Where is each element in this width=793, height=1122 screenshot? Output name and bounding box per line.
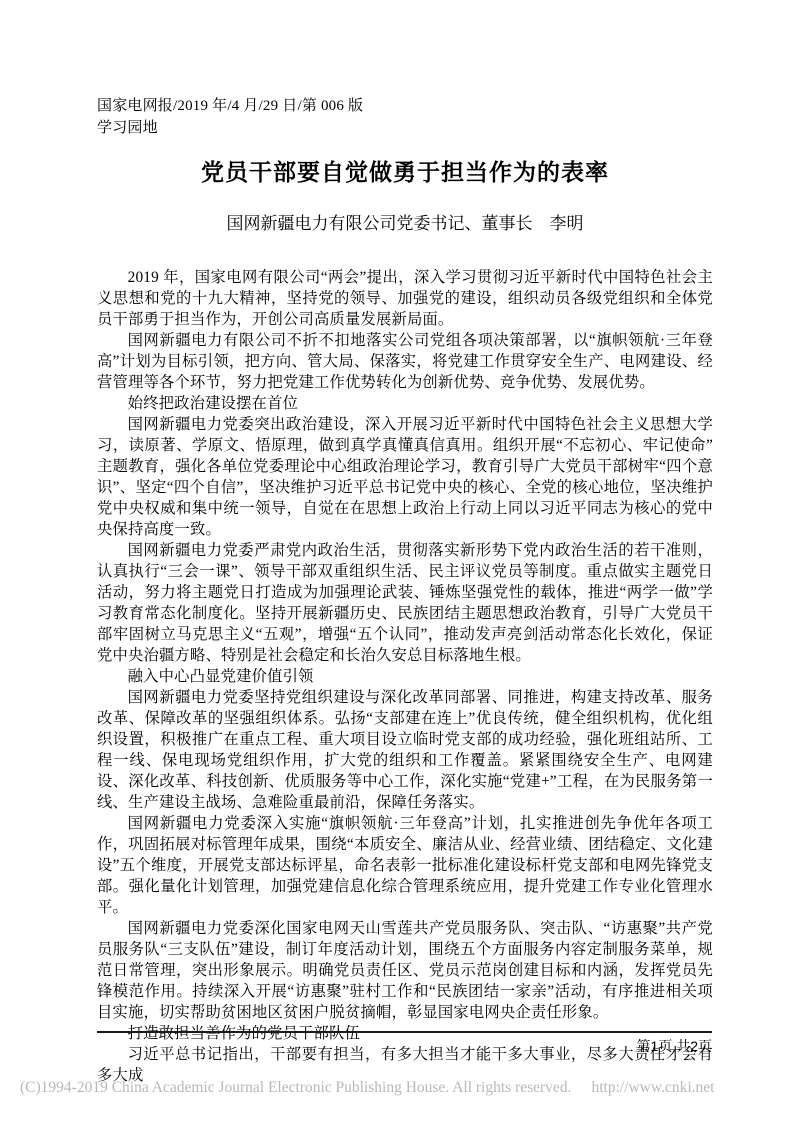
copyright-line: (C)1994-2019 China Academic Journal Elec…: [20, 1078, 780, 1098]
paragraph: 国网新疆电力党委坚持党组织建设与深化改革同部署、同推进，构建支持改革、服务改革、…: [97, 687, 713, 813]
document-page: 国家电网报/2019 年/4 月/29 日/第 006 版 学习园地 党员干部要…: [0, 0, 793, 1122]
page-indicator: 第1页 共2页: [637, 1037, 712, 1055]
paragraph: 国网新疆电力党委深化国家电网天山雪莲共产党员服务队、突击队、“访惠聚”共产党员服…: [97, 918, 713, 1023]
copyright-notice: (C)1994-2019 China Academic Journal Elec…: [20, 1079, 571, 1096]
paragraph: 2019 年，国家电网有限公司“两会”提出，深入学习贯彻习近平新时代中国特色社会…: [97, 267, 713, 330]
section-name: 学习园地: [97, 117, 713, 139]
article-content: 国家电网报/2019 年/4 月/29 日/第 006 版 学习园地 党员干部要…: [97, 95, 713, 1086]
section-heading: 打造敢担当善作为的党员干部队伍: [97, 1023, 713, 1044]
article-byline: 国网新疆电力有限公司党委书记、董事长 李明: [97, 212, 713, 235]
footer-divider: [97, 1031, 712, 1033]
article-title: 党员干部要自觉做勇于担当作为的表率: [97, 157, 713, 188]
section-heading: 融入中心凸显党建价值引领: [97, 666, 713, 687]
article-body: 2019 年，国家电网有限公司“两会”提出，深入学习贯彻习近平新时代中国特色社会…: [97, 267, 713, 1086]
paragraph: 国网新疆电力党委严肃党内政治生活，贯彻落实新形势下党内政治生活的若干准则，认真执…: [97, 540, 713, 666]
cnki-url: http://www.cnki.net: [591, 1079, 714, 1096]
paragraph: 国网新疆电力党委突出政治建设，深入开展习近平新时代中国特色社会主义思想大学习，读…: [97, 414, 713, 540]
source-info: 国家电网报/2019 年/4 月/29 日/第 006 版: [97, 95, 713, 117]
paragraph: 国网新疆电力党委深入实施“旗帜领航·三年登高”计划，扎实推进创先争优年各项工作，…: [97, 813, 713, 918]
section-heading: 始终把政治建设摆在首位: [97, 393, 713, 414]
paragraph: 国网新疆电力有限公司不折不扣地落实公司党组各项决策部署，以“旗帜领航·三年登高”…: [97, 330, 713, 393]
